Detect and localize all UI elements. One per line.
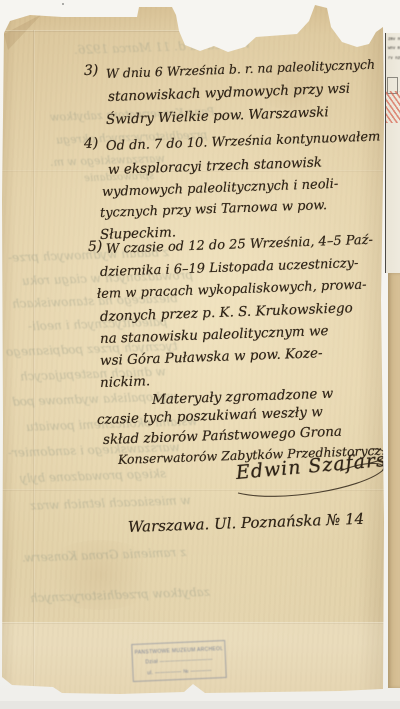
scanned-document: zmv nw wnv m rv nzw Warszawa d. 11 Marca… xyxy=(0,0,400,709)
strip-marks: rv nzw xyxy=(388,55,400,60)
underlying-page-strip: zmv nw wnv m rv nzw xyxy=(385,33,400,273)
red-hatch-mark xyxy=(386,91,400,123)
corner-fold xyxy=(2,14,48,52)
bleedthrough-text: w miesiacach letnich wraz xyxy=(30,493,191,513)
bleedthrough-text: skiego prowadzone byly xyxy=(20,466,167,485)
bleedthrough-text: z ramienia Grona Konserw. xyxy=(22,545,187,565)
handwriting-line: nickim. xyxy=(100,373,151,391)
list-item-number: 5) xyxy=(88,239,103,255)
list-item-number: 3) xyxy=(84,63,99,79)
address-line: Warszawa. Ul. Poznańska № 14 xyxy=(128,510,365,536)
stamp-line: Dział —————————— xyxy=(145,657,213,666)
fold-crease xyxy=(4,30,184,32)
paper-sheet: Warszawa d. 11 Marca 1926. Pana Konserwa… xyxy=(0,0,385,700)
handwriting-line: czasie tych poszukiwań weszły w xyxy=(97,404,323,428)
handwriting-line: tycznych przy wsi Tarnowa w pow. xyxy=(100,198,328,221)
archive-stamp: PAŃSTWOWE MUZEUM ARCHEOLOG. Dział ——————… xyxy=(131,640,227,682)
list-item-number: 4) xyxy=(84,136,99,152)
dust-speck xyxy=(62,3,64,5)
stamp-line: PAŃSTWOWE MUZEUM ARCHEOLOG. xyxy=(134,646,222,656)
stamp-line: ul. ————— № ———— xyxy=(147,667,212,676)
scanner-edge-strip xyxy=(0,701,400,709)
strip-marks: zmv nw xyxy=(388,36,400,41)
underlying-sheet-tan-strip xyxy=(388,273,400,688)
bleedthrough-text: Warszawa d. 11 Marca 1926. xyxy=(74,37,251,57)
strip-marks: wnv m xyxy=(388,45,400,50)
